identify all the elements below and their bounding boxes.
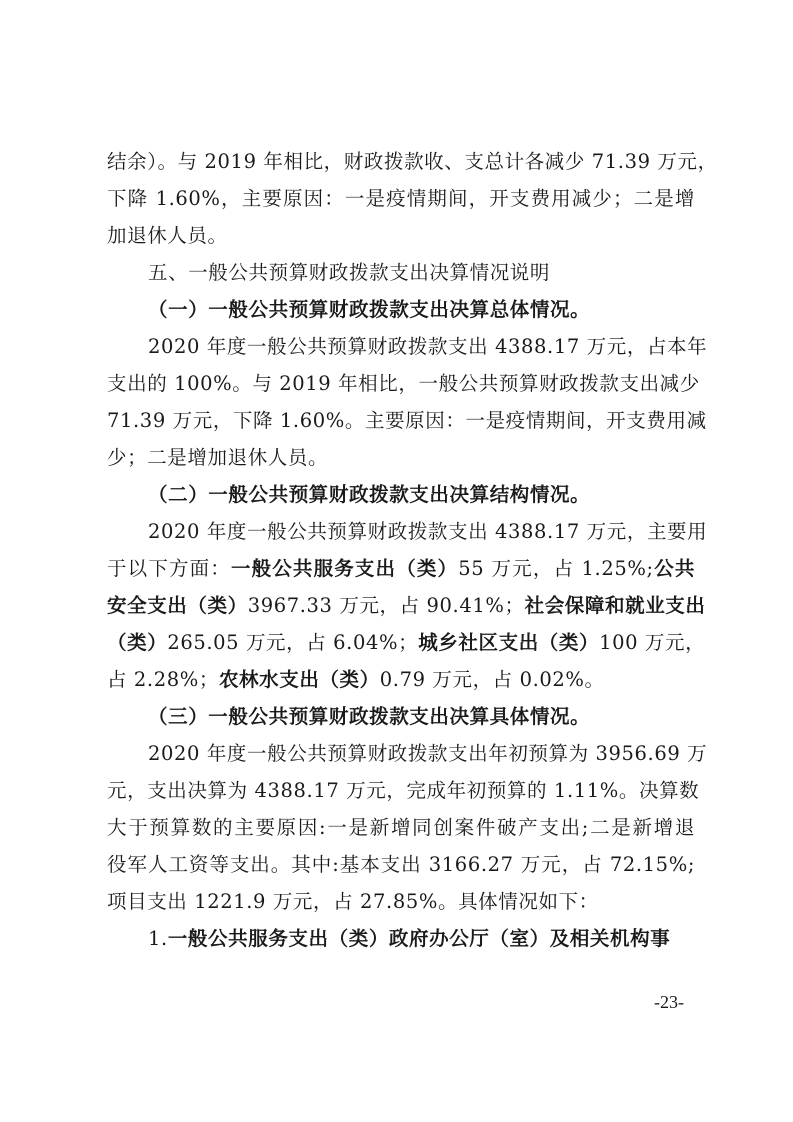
paragraph-line: 71.39 万元，下降 1.60%。主要原因：一是疫情期间，开支费用减 xyxy=(107,402,695,439)
paragraph-line: 结余）。与 2019 年相比，财政拨款收、支总计各减少 71.39 万元， xyxy=(107,143,695,180)
paragraph-line: 下降 1.60%，主要原因：一是疫情期间，开支费用减少；二是增 xyxy=(107,180,695,217)
paragraph-line: 大于预算数的主要原因:一是新增同创案件破产支出;二是新增退 xyxy=(107,809,695,846)
text: 于以下方面： xyxy=(107,557,231,580)
paragraph-line: 2020 年度一般公共预算财政拨款支出年初预算为 3956.69 万 xyxy=(107,735,695,772)
category-name: 城乡社区支出（类） xyxy=(418,631,599,654)
paragraph-line: 占 2.28%；农林水支出（类）0.79 万元，占 0.02%。 xyxy=(107,661,695,698)
paragraph-line: 2020 年度一般公共预算财政拨款支出 4388.17 万元，占本年 xyxy=(107,328,695,365)
paragraph-line: 少；二是增加退休人员。 xyxy=(107,439,695,476)
section-title: 五、一般公共预算财政拨款支出决算情况说明 xyxy=(107,254,695,291)
category-name: 一般公共服务支出（类） xyxy=(231,557,458,580)
subsection-title-1: （一）一般公共预算财政拨款支出决算总体情况。 xyxy=(107,291,695,328)
subsection-title-3: （三）一般公共预算财政拨款支出决算具体情况。 xyxy=(107,698,695,735)
item-title: 一般公共服务支出（类）政府办公厅（室）及相关机构事 xyxy=(168,927,671,950)
paragraph-line: （类）265.05 万元，占 6.04%；城乡社区支出（类）100 万元， xyxy=(107,624,695,661)
category-value: 265.05 万元，占 6.04%； xyxy=(167,631,418,654)
paragraph-line: 役军人工资等支出。其中:基本支出 3166.27 万元，占 72.15%; xyxy=(107,846,695,883)
category-name: 安全支出（类） xyxy=(107,594,248,617)
category-name: 农林水支出（类） xyxy=(219,668,380,691)
paragraph-line: 项目支出 1221.9 万元，占 27.85%。具体情况如下： xyxy=(107,883,695,920)
paragraph-line: 元，支出决算为 4388.17 万元，完成年初预算的 1.11%。决算数 xyxy=(107,772,695,809)
category-name: （类） xyxy=(107,631,167,654)
category-value: 3967.33 万元，占 90.41%； xyxy=(248,594,525,617)
paragraph-line: 支出的 100%。与 2019 年相比，一般公共预算财政拨款支出减少 xyxy=(107,365,695,402)
paragraph-line: 于以下方面：一般公共服务支出（类）55 万元，占 1.25%;公共 xyxy=(107,550,695,587)
category-name: 公共 xyxy=(654,557,695,580)
paragraph-line: 2020 年度一般公共预算财政拨款支出 4388.17 万元，主要用 xyxy=(107,513,695,550)
category-value: 55 万元，占 1.25%; xyxy=(458,557,653,580)
category-value: 0.79 万元，占 0.02%。 xyxy=(380,668,605,691)
paragraph-line: 加退休人员。 xyxy=(107,217,695,254)
item-heading-1: 1.一般公共服务支出（类）政府办公厅（室）及相关机构事 xyxy=(107,920,695,957)
category-name: 社会保障和就业支出 xyxy=(525,594,706,617)
category-value: 100 万元， xyxy=(599,631,705,654)
page-number: -23- xyxy=(654,992,684,1013)
subsection-title-2: （二）一般公共预算财政拨款支出决算结构情况。 xyxy=(107,476,695,513)
paragraph-line: 安全支出（类）3967.33 万元，占 90.41%；社会保障和就业支出 xyxy=(107,587,695,624)
category-value: 占 2.28%； xyxy=(107,668,219,691)
document-page: 结余）。与 2019 年相比，财政拨款收、支总计各减少 71.39 万元， 下降… xyxy=(107,143,695,957)
item-number: 1. xyxy=(148,927,168,950)
